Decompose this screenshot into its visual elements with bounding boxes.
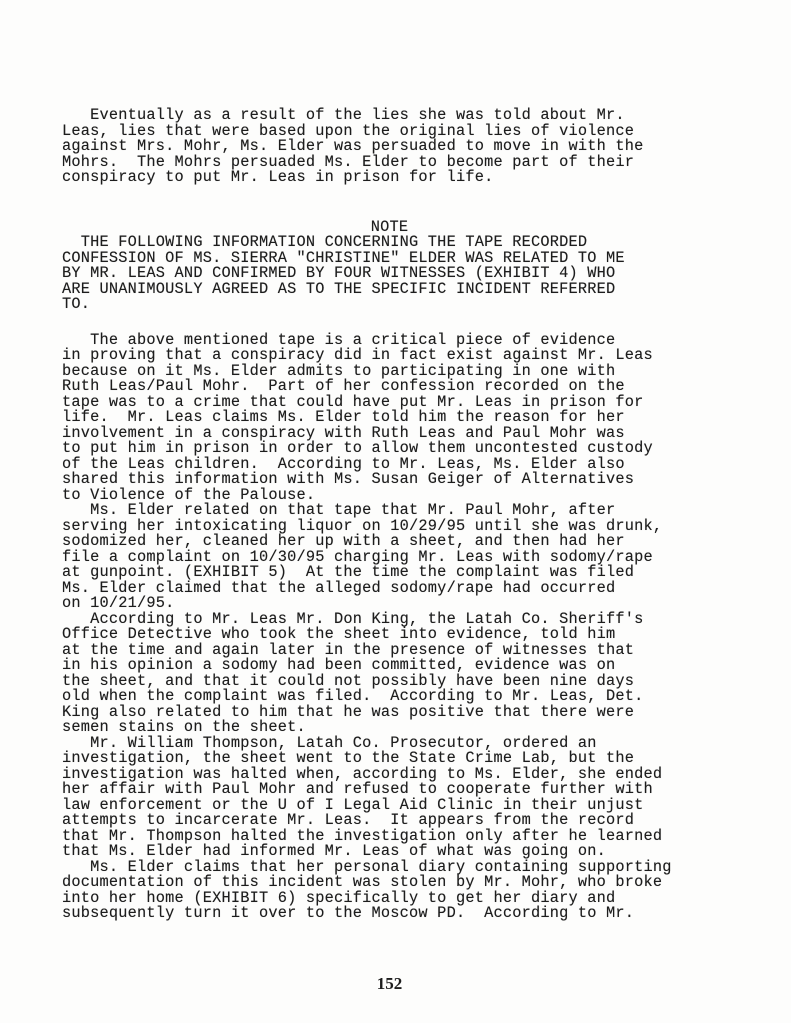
paragraph-tape-evidence: The above mentioned tape is a critical p… <box>62 333 762 504</box>
document-body: Eventually as a result of the lies she w… <box>62 108 762 922</box>
scanned-document-page: Eventually as a result of the lies she w… <box>0 0 791 1023</box>
paragraph-prosecutor: Mr. William Thompson, Latah Co. Prosecut… <box>62 736 762 860</box>
paragraph-detective: According to Mr. Leas Mr. Don King, the … <box>62 612 762 736</box>
paragraph-diary: Ms. Elder claims that her personal diary… <box>62 860 762 922</box>
paragraph-incident: Ms. Elder related on that tape that Mr. … <box>62 503 762 612</box>
paragraph-intro: Eventually as a result of the lies she w… <box>62 108 762 186</box>
page-number: 152 <box>0 974 779 994</box>
note-body: THE FOLLOWING INFORMATION CONCERNING THE… <box>62 235 762 313</box>
